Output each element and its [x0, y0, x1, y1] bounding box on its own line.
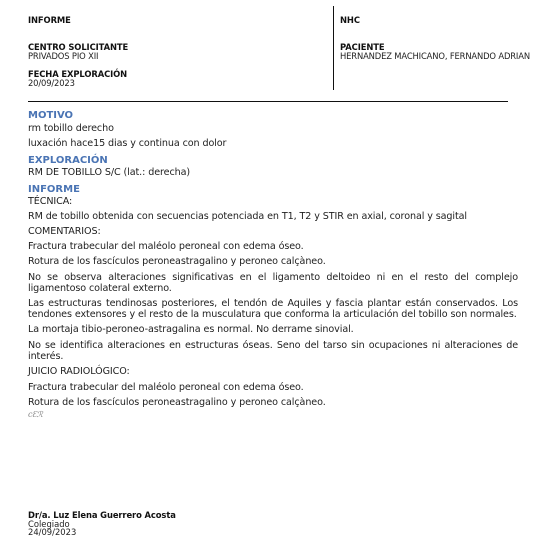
informe-title: INFORME [28, 184, 80, 195]
header-vertical-divider [333, 6, 334, 90]
report-label: INFORME [28, 15, 71, 25]
comentario-item: Rotura de los fascículos peroneastragali… [28, 256, 326, 267]
handwritten-initials: ϲƐℛ [28, 410, 42, 419]
juicio-item: Fractura trabecular del maléolo peroneal… [28, 382, 304, 393]
motivo-line: rm tobillo derecho [28, 123, 114, 134]
exploracion-value: RM DE TOBILLO S/C (lat.: derecha) [28, 167, 190, 178]
nhc-label: NHC [340, 15, 360, 25]
requesting-center-value: PRIVADOS PIO XII [28, 52, 98, 61]
juicio-item: Rotura de los fascículos peroneastragali… [28, 397, 326, 408]
patient-name: HERNANDEZ MACHICANO, FERNANDO ADRIAN [340, 52, 530, 61]
exam-date-value: 20/09/2023 [28, 79, 75, 88]
comentario-item: Fractura trabecular del maléolo peroneal… [28, 241, 304, 252]
tecnica-text: RM de tobillo obtenida con secuencias po… [28, 211, 467, 222]
juicio-label: JUICIO RADIOLÓGICO: [28, 366, 130, 377]
comentarios-label: COMENTARIOS: [28, 226, 101, 237]
motivo-title: MOTIVO [28, 110, 73, 121]
motivo-line: luxación hace15 dias y continua con dolo… [28, 138, 226, 149]
comentario-item: La mortaja tibio-peroneo-astragalina es … [28, 324, 354, 335]
comentario-item: Las estructuras tendinosas posteriores, … [28, 298, 518, 320]
signature-date: 24/09/2023 [28, 528, 76, 536]
header-horizontal-divider [28, 101, 508, 102]
tecnica-label: TÉCNICA: [28, 196, 72, 207]
comentario-item: No se observa alteraciones significativa… [28, 272, 518, 294]
comentario-item: No se identifica alteraciones en estruct… [28, 340, 518, 362]
exploracion-title: EXPLORACIÓN [28, 155, 108, 166]
